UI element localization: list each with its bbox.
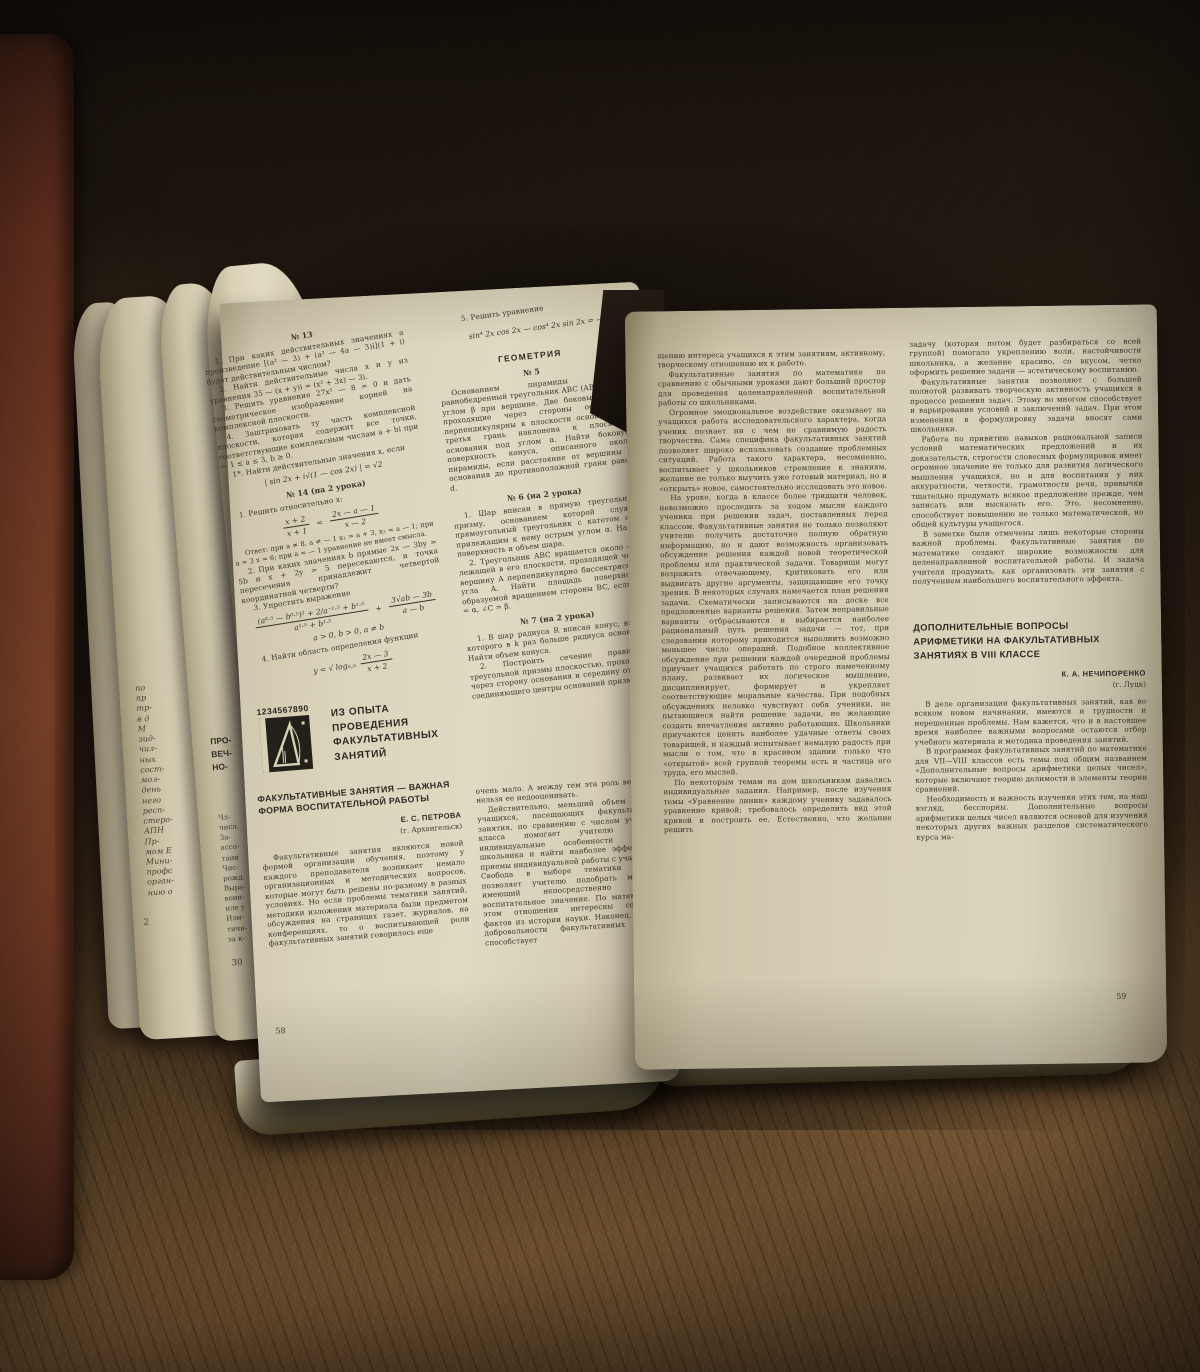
equals-sign: = <box>316 517 324 527</box>
right-col1: щению интереса учащихся к этим занятиям,… <box>657 348 892 835</box>
page-number-58: 58 <box>275 1026 286 1036</box>
article-paragraph: Факультативные занятия позволяют с больш… <box>910 374 1143 434</box>
page30-text-fragments: Чл- числ. За- ассо- тани Чис- рожд. Выра… <box>218 811 250 944</box>
article-paragraph: В деле организации факультативных заняти… <box>914 696 1147 747</box>
page2-number: 2 <box>143 917 149 927</box>
rubric-row: 1234567890 ИЗ ОПЫТА ПРОВЕДЕНИЯ ФАКУЛЬТАТ… <box>250 692 457 780</box>
rubric-logo: 1234567890 <box>250 702 321 779</box>
triangle-ruler-logo-icon <box>251 713 315 776</box>
photo-scene: по пр тр- в д М зид- чил- ных сост- мол-… <box>0 0 1200 1372</box>
page30-heading-fragment: ПРО- ВЕЧ- НО- <box>210 734 234 774</box>
problem-set-13: № 13 1. При каких действительных значени… <box>201 316 455 691</box>
right-spread-page: щению интереса учащихся к этим занятиям,… <box>625 304 1168 1069</box>
fraction: 3√ab — 3ba — b <box>387 589 437 617</box>
fraction: 2x — 3x + 2 <box>359 648 394 674</box>
article-paragraph: В заметке были отмечены лишь некоторые с… <box>912 526 1145 586</box>
article-paragraph: задачу (которая потом будет разбираться … <box>909 337 1142 378</box>
fraction: 2x — a — 1x — 2 <box>328 503 380 532</box>
formula-lead: y = √ log₀,₅ <box>313 660 357 676</box>
page30-number: 30 <box>231 958 243 969</box>
right-col2: задачу (которая потом будет разбираться … <box>909 337 1148 842</box>
page2-text-fragments: по пр тр- в д М зид- чил- ных сост- мол-… <box>135 682 178 898</box>
article-paragraph: Работа по привитию навыков рациональной … <box>910 431 1143 529</box>
fraction: x + 2x + 1 <box>281 514 310 539</box>
rubric-heading: ИЗ ОПЫТА ПРОВЕДЕНИЯ ФАКУЛЬТАТИВНЫХ ЗАНЯТ… <box>330 698 457 773</box>
article-block: 1234567890 ИЗ ОПЫТА ПРОВЕДЕНИЯ ФАКУЛЬТАТ… <box>250 692 470 949</box>
second-article-title: ДОПОЛНИТЕЛЬНЫЕ ВОПРОСЫ АРИФМЕТИКИ НА ФАК… <box>913 617 1146 663</box>
article-paragraph: В программах факультативных занятий по м… <box>915 744 1148 795</box>
article-paragraph: Факультативные занятия являются новой фо… <box>262 838 471 948</box>
article-paragraph: Необходимость и важность изучения этих т… <box>916 791 1149 842</box>
second-article-author: К. А. НЕЧИПОРЕНКО <box>914 668 1146 680</box>
center-col1: № 13 1. При каких действительных значени… <box>237 326 471 952</box>
page-number-59: 59 <box>1116 992 1126 1001</box>
plus-sign: + <box>375 603 383 613</box>
second-article-author-city: (г. Луцк) <box>914 679 1146 691</box>
article-paragraph: Факультативные занятия по математике по … <box>658 367 887 408</box>
article-paragraph: На уроке, когда в классе более тридцати … <box>659 490 891 778</box>
article-paragraph: По некоторым темам на дом школьникам дав… <box>663 775 892 835</box>
article-paragraph: Огромное эмоциональное воздействие оказы… <box>658 405 887 494</box>
